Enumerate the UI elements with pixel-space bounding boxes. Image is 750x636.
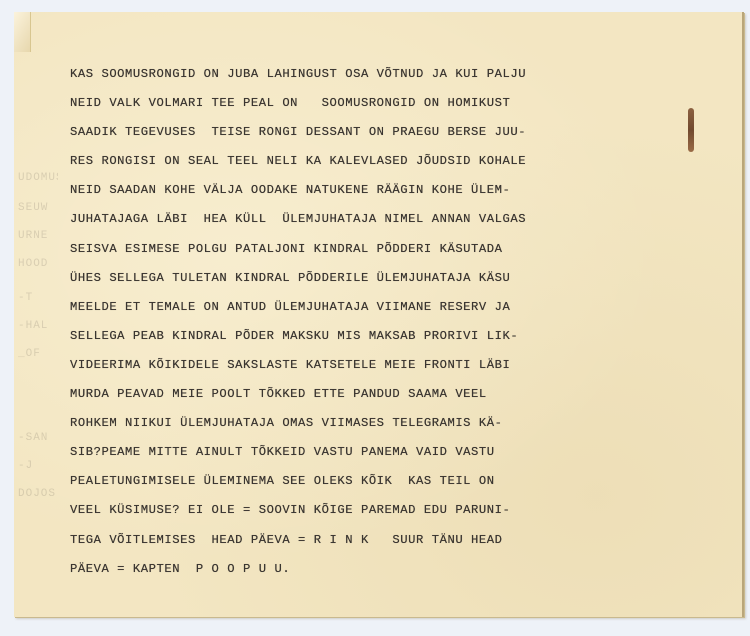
- text-line: MEELDE ET TEMALE ON ANTUD ÜLEMJUHATAJA V…: [70, 293, 610, 322]
- text-line: PÄEVA = KAPTEN P O O P U U.: [70, 555, 610, 584]
- text-line: SELLEGA PEAB KINDRAL PÕDER MAKSKU MIS MA…: [70, 322, 610, 351]
- telegram-text: KAS SOOMUSRONGID ON JUBA LAHINGUST OSA V…: [70, 60, 610, 584]
- bleed-through-mark: -SAN: [18, 432, 58, 444]
- bleed-through-mark: -HAL: [18, 320, 58, 332]
- text-line: SEISVA ESIMESE POLGU PATALJONI KINDRAL P…: [70, 235, 610, 264]
- telegram-sheet: UDOMUS SEUW URNE HOOD -T -HAL _OF -SAN -…: [14, 12, 744, 617]
- bleed-through-mark: SEUW: [18, 202, 58, 214]
- text-line: VEEL KÜSIMUSE? EI OLE = SOOVIN KÕIGE PAR…: [70, 496, 610, 525]
- bleed-through-mark: -T: [18, 292, 58, 304]
- bleed-through-mark: _OF: [18, 348, 58, 360]
- text-line: MURDA PEAVAD MEIE POOLT TÕKKED ETTE PAND…: [70, 380, 610, 409]
- bleed-through-mark: UDOMUS: [18, 172, 58, 184]
- text-line: KAS SOOMUSRONGID ON JUBA LAHINGUST OSA V…: [70, 60, 610, 89]
- text-line: TEGA VÕITLEMISES HEAD PÄEVA = R I N K SU…: [70, 526, 610, 555]
- bleed-through-mark: URNE: [18, 230, 58, 242]
- folded-corner: [14, 12, 31, 52]
- ink-stain: [688, 108, 694, 152]
- text-line: NEID VALK VOLMARI TEE PEAL ON SOOMUSRONG…: [70, 89, 610, 118]
- text-line: JUHATAJAGA LÄBI HEA KÜLL ÜLEMJUHATAJA NI…: [70, 205, 610, 234]
- text-line: VIDEERIMA KÕIKIDELE SAKSLASTE KATSETELE …: [70, 351, 610, 380]
- text-line: RES RONGISI ON SEAL TEEL NELI KA KALEVLA…: [70, 147, 610, 176]
- bleed-through-mark: HOOD: [18, 258, 58, 270]
- text-line: NEID SAADAN KOHE VÄLJA OODAKE NATUKENE R…: [70, 176, 610, 205]
- bleed-through-mark: DOJOS: [18, 488, 58, 500]
- text-line: ROHKEM NIIKUI ÜLEMJUHATAJA OMAS VIIMASES…: [70, 409, 610, 438]
- text-line: ÜHES SELLEGA TULETAN KINDRAL PÕDDERILE Ü…: [70, 264, 610, 293]
- text-line: PEALETUNGIMISELE ÜLEMINEMA SEE OLEKS KÕI…: [70, 467, 610, 496]
- bleed-through-mark: -J: [18, 460, 58, 472]
- text-line: SIB?PEAME MITTE AINULT TÕKKEID VASTU PAN…: [70, 438, 610, 467]
- text-line: SAADIK TEGEVUSES TEISE RONGI DESSANT ON …: [70, 118, 610, 147]
